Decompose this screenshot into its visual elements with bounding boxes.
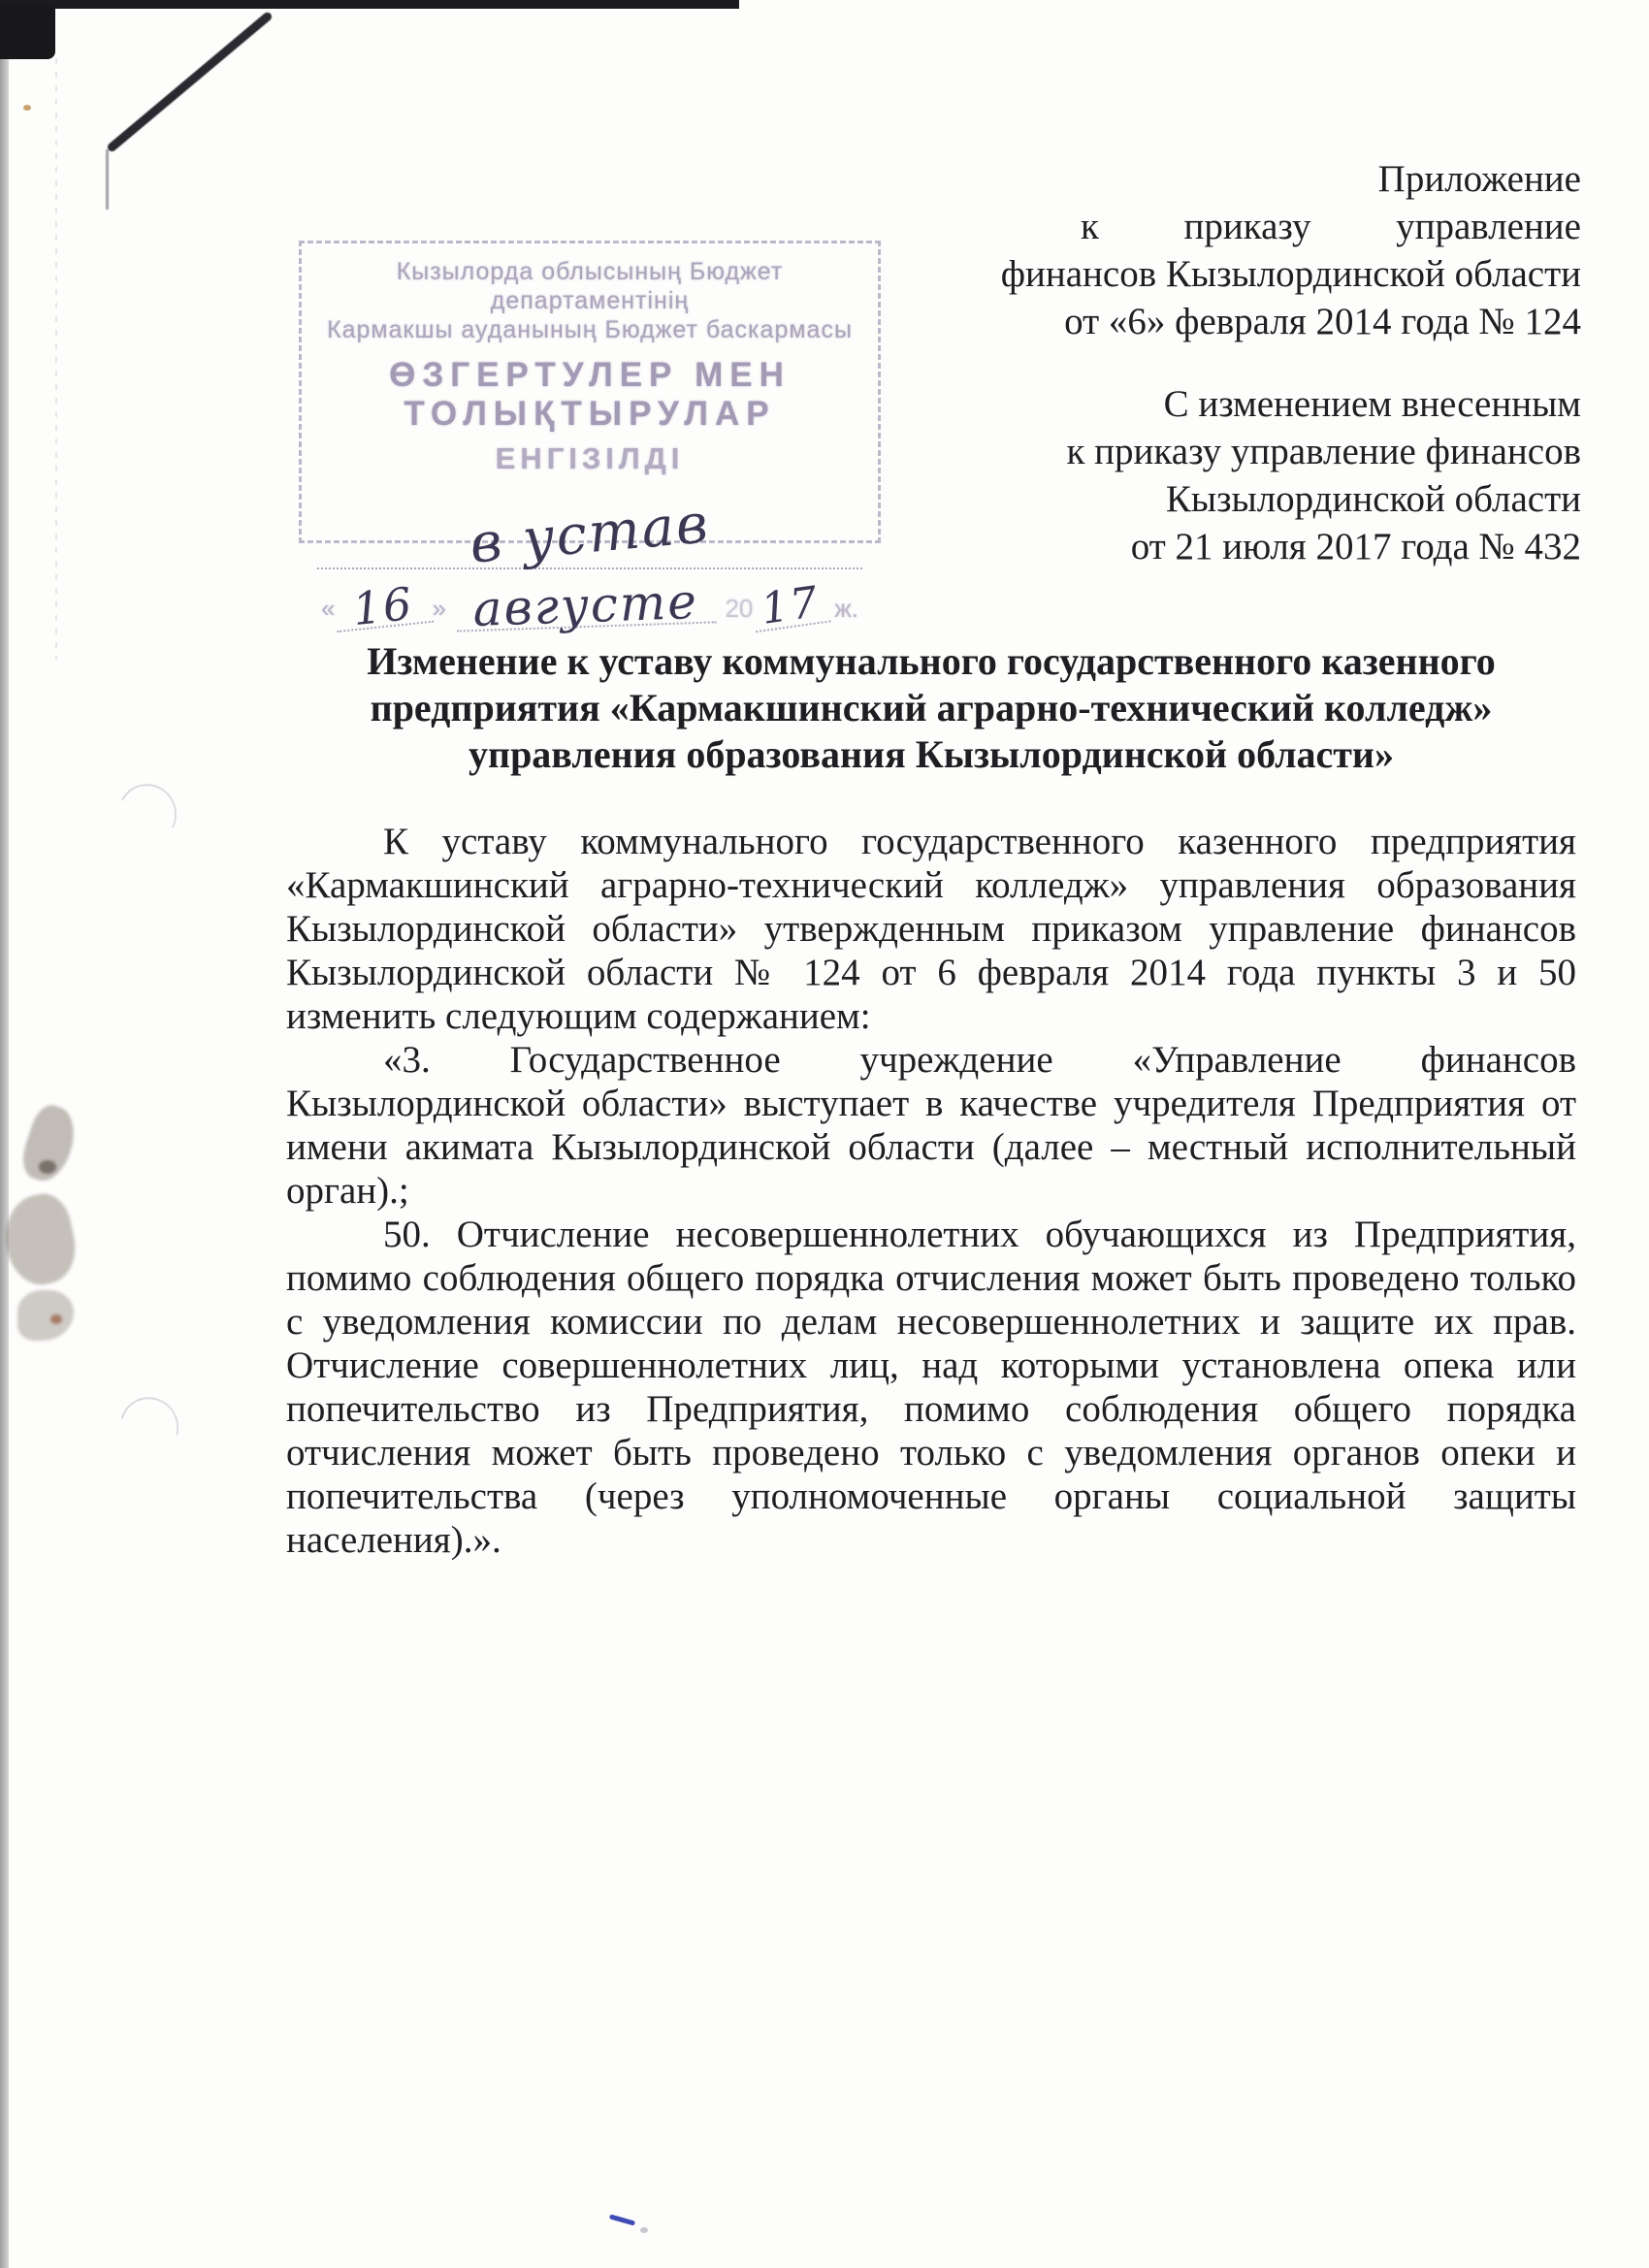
stamp-heading-line1: ӨЗГЕРТУЛЕР МЕН ТОЛЫҚТЫРУЛАР (317, 356, 862, 434)
edge-smudge (17, 1290, 74, 1341)
document-title-line: предприятия «Кармакшинский аграрно-техни… (286, 685, 1576, 731)
scan-corner-shadow (0, 5, 55, 59)
gray-speck (640, 2227, 648, 2233)
stamp-date-field: « 16 » августе 20 17 ж. (317, 585, 862, 628)
amendment-note-line: к приказу управление финансов (1052, 428, 1581, 475)
appendix-note-line: к приказу управление (1081, 203, 1581, 250)
date-close-quote: » (432, 594, 445, 628)
handwritten-month: августе (455, 580, 716, 632)
stamp-subject-field: в устав (317, 486, 862, 569)
handwritten-day: 16 (334, 582, 435, 632)
body-paragraph-point3: «3. Государственное учреждение «Управлен… (286, 1038, 1576, 1213)
amendment-note-line: от 21 июля 2017 года № 432 (1052, 523, 1581, 570)
appendix-note-line: от «6» февраля 2014 года № 124 (987, 298, 1581, 345)
paper-stain-dot (23, 105, 31, 111)
document-title-line: управления образования Кызылординской об… (286, 731, 1576, 778)
amendment-note: С изменением внесенным к приказу управле… (1052, 380, 1581, 570)
amendment-note-line: Кызылординской области (1052, 475, 1581, 523)
stamp-org-line2: Кармакшы ауданының Бюджет баскармасы (317, 315, 862, 344)
registration-stamp: Кызылорда облысының Бюджет департаментін… (299, 241, 881, 543)
appendix-note: Приложение к приказу управление финансов… (987, 155, 1581, 345)
pen-stroke-mark (106, 11, 274, 153)
body-paragraph-point50: 50. Отчисление несовершеннолетних обучаю… (286, 1213, 1576, 1562)
edge-smudge (50, 1314, 62, 1324)
pen-stroke-tail (106, 149, 109, 210)
scan-fold-line (55, 58, 57, 660)
edge-smudge (39, 1160, 56, 1174)
scanned-document-page: Приложение к приказу управление финансов… (0, 0, 1649, 2268)
edge-smudge (0, 1189, 82, 1291)
appendix-note-line: финансов Кызылординской области (987, 250, 1581, 298)
document-title-line: Изменение к уставу коммунального государ… (286, 638, 1576, 685)
document-title: Изменение к уставу коммунального государ… (286, 638, 1576, 778)
edge-smudge (16, 1101, 82, 1186)
stamp-org-line1: Кызылорда облысының Бюджет департаментін… (317, 257, 862, 315)
stamp-heading-line2: ЕНГІЗІЛДІ (317, 441, 862, 476)
scan-edge-strip (0, 0, 9, 2268)
paper-ring-imprint (111, 776, 184, 852)
appendix-note-line: Приложение (987, 155, 1581, 203)
blue-pen-speck (609, 2214, 635, 2225)
scan-top-edge (0, 0, 739, 9)
date-year-prefix: 20 (725, 594, 753, 628)
handwritten-subject: в устав (468, 492, 712, 575)
paper-ring-imprint (110, 1386, 190, 1468)
handwritten-year: 17 (751, 582, 831, 632)
date-suffix: ж. (834, 594, 858, 628)
document-body: К уставу коммунального государственного … (286, 820, 1576, 1562)
body-paragraph-intro: К уставу коммунального государственного … (286, 820, 1576, 1038)
amendment-note-line: С изменением внесенным (1052, 380, 1581, 428)
